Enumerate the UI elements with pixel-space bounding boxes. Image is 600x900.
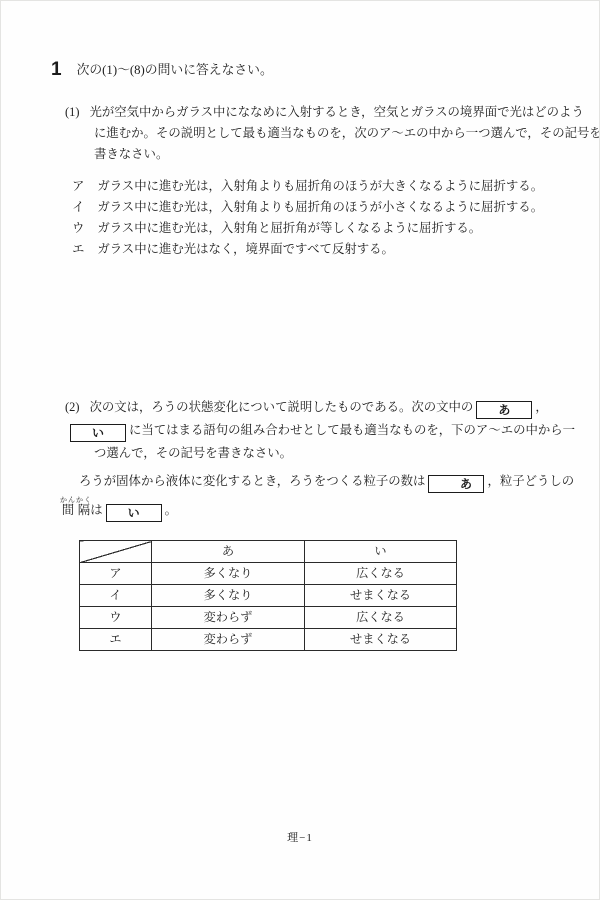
question-2-text-3: つ選んで，その記号を書きなさい。 [94,442,575,465]
passage-blank-box-i: い [106,504,162,522]
blank-box-a: あ [476,401,532,419]
question-1-text-3: 書きなさい。 [94,144,600,165]
question-2-label: (2) [65,400,79,414]
page-footer: 理−1 [1,828,599,849]
row-key: ア [80,563,152,585]
section-title: 次の(1)〜(8)の問いに答えなさい。 [77,63,273,77]
question-1-text-1: 光が空気中からガラス中にななめに入射するとき，空気とガラスの境界面で光はどのよう [89,105,583,119]
table-row: ア 多くなり 広くなる [80,563,457,585]
choice-i-key: イ [72,200,84,214]
passage-blank-box-a-label: あ [460,477,472,491]
table-row: イ 多くなり せまくなる [80,585,457,607]
choice-a: アガラス中に進む光は，入射角よりも屈折角のほうが大きくなるように屈折する。 [72,176,543,197]
question-2-text-2: に当てはまる語句の組み合わせとして最も適当なものを，下のア〜エの中から一 [129,423,575,437]
passage-blank-box-i-label: い [128,506,140,520]
passage-seg-1: ろうが固体から液体に変化するとき，ろうをつくる粒子の数は [79,474,425,488]
blank-box-a-label: あ [498,403,510,417]
blank-box-i: い [70,424,126,442]
question-2-text-1b: ， [535,400,547,414]
question-1: (1)光が空気中からガラス中にななめに入射するとき，空気とガラスの境界面で光はど… [65,102,600,165]
row-key: イ [80,585,152,607]
choice-u-key: ウ [72,221,84,235]
question-1-line-1: (1)光が空気中からガラス中にななめに入射するとき，空気とガラスの境界面で光はど… [65,102,600,123]
section-heading: 1次の(1)〜(8)の問いに答えなさい。 [51,59,273,81]
exam-page: 1次の(1)〜(8)の問いに答えなさい。 (1)光が空気中からガラス中にななめに… [0,0,600,900]
question-2: (2)次の文は，ろうの状態変化について説明したものである。次の文中のあ， いに当… [65,396,575,465]
table-row: エ 変わらず せまくなる [80,629,457,651]
choice-e: エガラス中に進む光はなく，境界面ですべて反射する。 [72,239,543,260]
choice-i: イガラス中に進む光は，入射角よりも屈折角のほうが小さくなるように屈折する。 [72,197,543,218]
column-header-i: い [305,541,457,563]
choice-u-text: ガラス中に進む光は，入射角と屈折角が等しくなるように屈折する。 [97,221,481,235]
choice-u: ウガラス中に進む光は，入射角と屈折角が等しくなるように屈折する。 [72,218,543,239]
choice-e-text: ガラス中に進む光はなく，境界面ですべて反射する。 [97,242,394,256]
passage-line-1: ろうが固体から液体に変化するとき，ろうをつくる粒子の数はあ，粒子どうしの [60,469,574,493]
blank-box-i-label: い [92,426,104,440]
row-key: ウ [80,607,152,629]
table-header-row: あ い [80,541,457,563]
section-number: 1 [51,59,62,80]
cell-a: 多くなり [152,563,305,585]
passage-seg-2: ，粒子どうしの [487,474,574,488]
ruby-furigana: かんかく [60,496,92,504]
row-key: エ [80,629,152,651]
choice-e-key: エ [72,242,84,256]
cell-a: 変わらず [152,607,305,629]
cell-i: 広くなる [305,563,457,585]
passage-line-2: 間隔かんかくはい。 [60,496,574,522]
question-1-choices: アガラス中に進む光は，入射角よりも屈折角のほうが大きくなるように屈折する。 イガ… [72,176,543,260]
passage-seg-4: 。 [165,503,177,517]
passage-seg-3: は [90,503,102,517]
question-2-line-2: いに当てはまる語句の組み合わせとして最も適当なものを，下のア〜エの中から一 [67,419,575,442]
choice-a-text: ガラス中に進む光は，入射角よりも屈折角のほうが大きくなるように屈折する。 [97,179,543,193]
passage-blank-box-a: あ [428,475,484,493]
ruby-base: 間隔 [60,503,92,517]
cell-i: せまくなる [305,629,457,651]
table-row: ウ 変わらず 広くなる [80,607,457,629]
diagonal-header-cell [80,541,152,563]
cell-a: 変わらず [152,629,305,651]
question-1-text-2: に進むか。その説明として最も適当なものを，次のア〜エの中から一つ選んで，その記号… [94,123,600,144]
cell-i: せまくなる [305,585,457,607]
column-header-a: あ [152,541,305,563]
choice-a-key: ア [72,179,84,193]
question-2-line-1: (2)次の文は，ろうの状態変化について説明したものである。次の文中のあ， [65,396,575,419]
cell-a: 多くなり [152,585,305,607]
question-2-text-1: 次の文は，ろうの状態変化について説明したものである。次の文中の [89,400,473,414]
question-1-label: (1) [65,105,79,119]
choice-i-text: ガラス中に進む光は，入射角よりも屈折角のほうが小さくなるように屈折する。 [97,200,543,214]
answer-table: あ い ア 多くなり 広くなる イ 多くなり せまくなる ウ 変わらず 広くなる… [79,540,457,651]
passage: ろうが固体から液体に変化するとき，ろうをつくる粒子の数はあ，粒子どうしの 間隔か… [60,469,574,522]
cell-i: 広くなる [305,607,457,629]
ruby-kankaku: 間隔かんかく [60,503,90,517]
